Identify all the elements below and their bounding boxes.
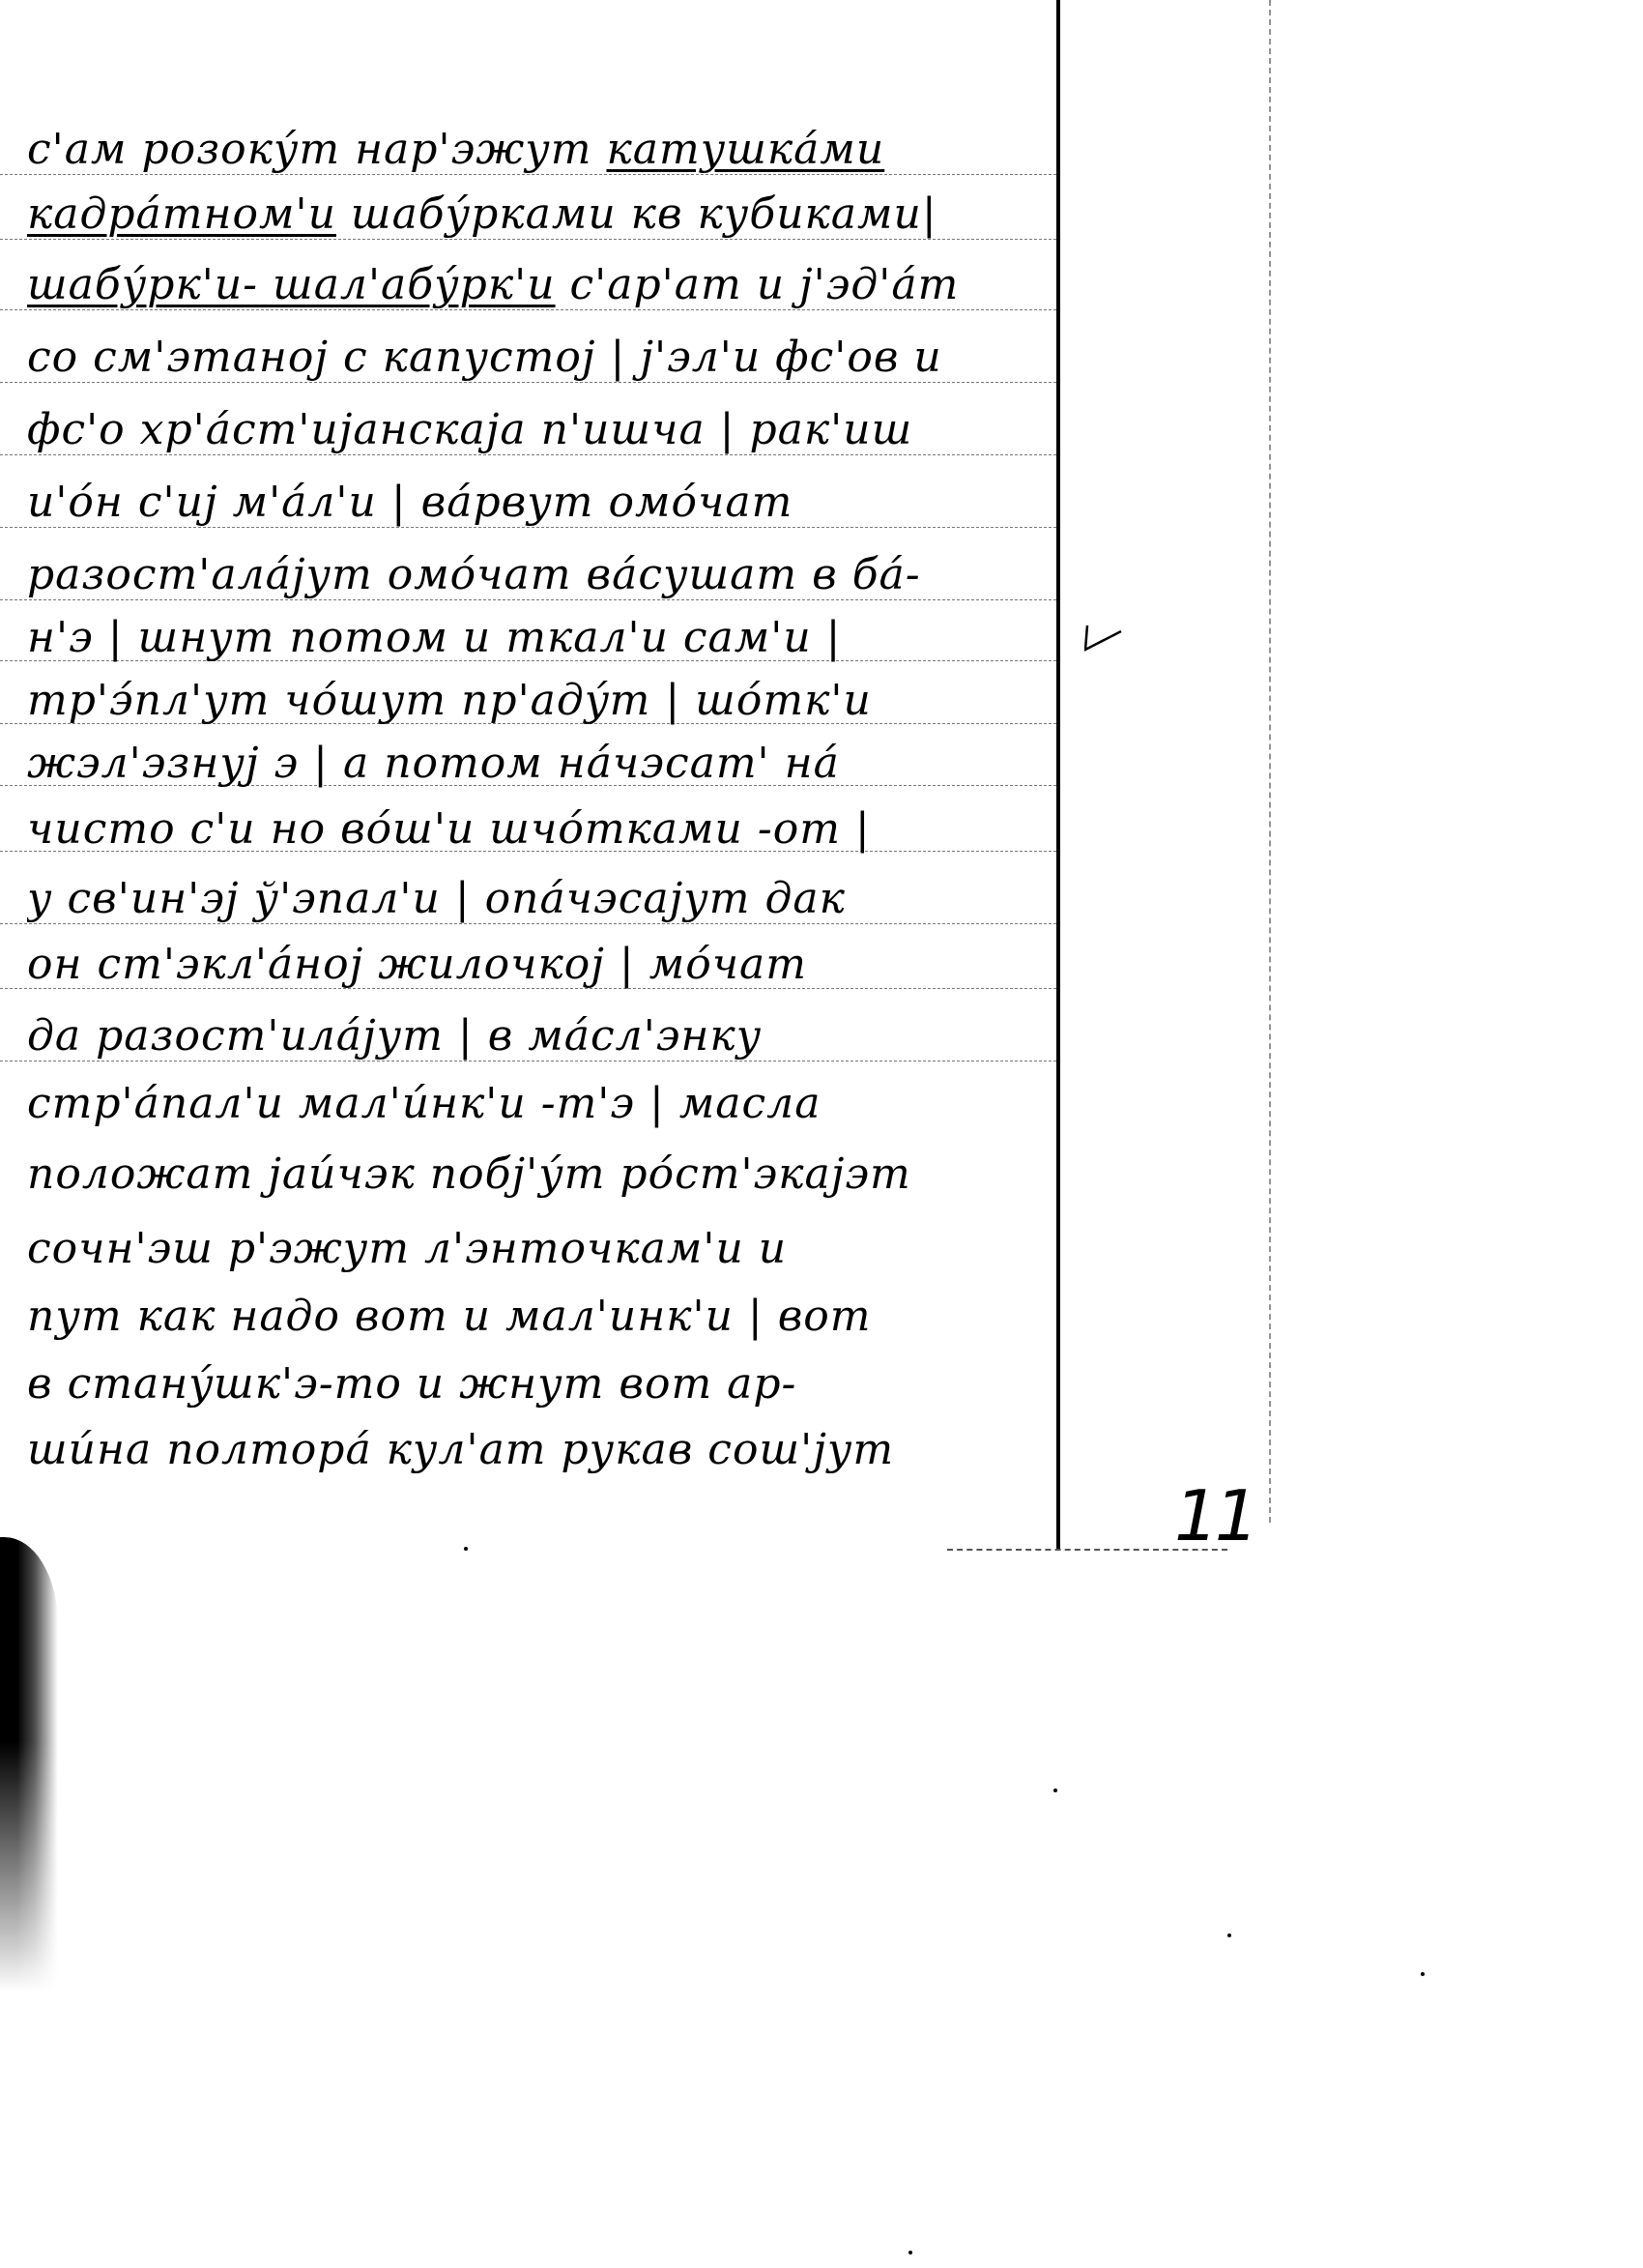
text-line-16: положат јаи́чэк побј'у́т ро́ст'экајэт bbox=[27, 1146, 1052, 1204]
text-line-7: разост'ала́јут омо́чат ва́сушат в ба́- bbox=[27, 546, 1052, 604]
text-line-12: у св'ин'эј ў'эпал'и | опа́чэсајут дак bbox=[27, 870, 1052, 928]
text-line-3: шабу́рк'и- шал'абу́рк'и с'ар'ат и ј'эд'а… bbox=[27, 256, 1052, 314]
text-line-11: чисто с'и но во́ш'и шчо́тками -от | bbox=[27, 800, 1052, 858]
fold-dashed-line bbox=[1269, 0, 1271, 1523]
text-line-6: и'о́н с'иј м'а́л'и | ва́рвут омо́чат bbox=[27, 474, 1052, 532]
text-line-18: пут как надо вот и мал'инк'и | вот bbox=[27, 1288, 1052, 1346]
text-line-2: кадра́тном'и шабу́рками кв кубиками| bbox=[27, 186, 1052, 244]
margin-line bbox=[1056, 0, 1060, 1549]
text-line-20: ши́на полтора́ кул'ат рукав сош'јут bbox=[27, 1421, 1052, 1479]
checkmark-icon bbox=[1084, 624, 1123, 653]
text-line-19: в станýшк'э-то и жнут вот ар- bbox=[27, 1355, 1052, 1413]
text-line-13: он ст'экл'а́ноj жилочкоj | мо́чат bbox=[27, 936, 1052, 994]
scan-edge-shadow bbox=[0, 1537, 58, 1992]
text-line-9: тр'э́пл'ут чо́шут пр'адýт | шо́тк'и bbox=[27, 672, 1052, 730]
text-line-8: н'э | шнут потом и ткал'и сам'и | bbox=[27, 609, 1052, 667]
text-line-5: фс'о хр'а́ст'ијанскаја п'ишча | рак'иш bbox=[27, 401, 1052, 459]
scanned-page: с'ам розоку́т нар'эжут катушка́ми кадра́… bbox=[0, 0, 1643, 2268]
scan-speck bbox=[908, 2251, 912, 2254]
page-number: 11 bbox=[1174, 1477, 1255, 1555]
scan-speck bbox=[1053, 1788, 1057, 1792]
text-line-17: сочн'эш р'эжут л'энточкам'и и bbox=[27, 1220, 1052, 1278]
scan-speck bbox=[1227, 1934, 1231, 1937]
scan-speck bbox=[464, 1547, 468, 1551]
text-line-4: со см'этаној с капустој | ј'эл'и фс'ов и bbox=[27, 329, 1052, 387]
text-line-14: да разост'ила́јут | в ма́сл'энку bbox=[27, 1007, 1052, 1065]
text-line-10: жэл'эзнуј э | а потом на́чэсат' на́ bbox=[27, 735, 1052, 793]
text-line-15: стр'а́пал'и мал'и́нк'и -т'э | масла bbox=[27, 1075, 1052, 1133]
scan-speck bbox=[1421, 1972, 1425, 1976]
text-line-1: с'ам розоку́т нар'эжут катушка́ми bbox=[27, 121, 1052, 179]
